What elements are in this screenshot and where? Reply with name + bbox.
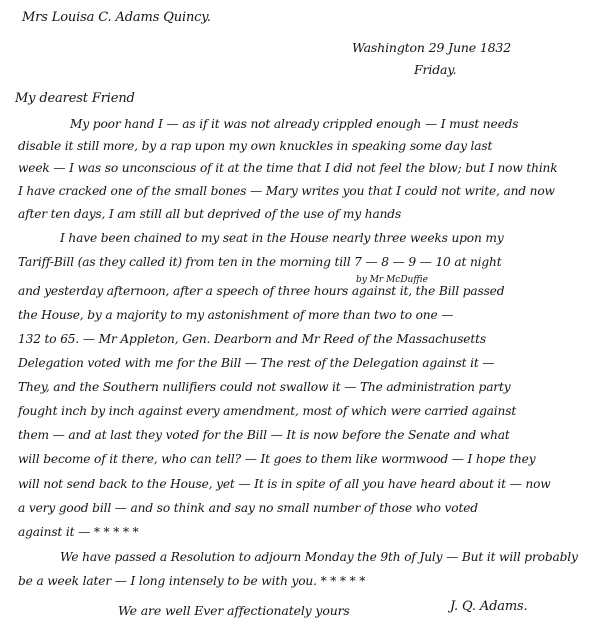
letter-line: a very good bill — and so think and say …	[18, 502, 478, 514]
letter-line: disable it still more, by a rap upon my …	[18, 140, 492, 152]
letter-line: We have passed a Resolution to adjourn M…	[60, 551, 578, 563]
letter-line: My poor hand I — as if it was not alread…	[70, 118, 518, 130]
letter-line: after ten days, I am still all but depri…	[18, 208, 401, 220]
letter-line: 132 to 65. — Mr Appleton, Gen. Dearborn …	[18, 333, 486, 345]
letter-line: them — and at last they voted for the Bi…	[18, 429, 510, 441]
closing: We are well Ever affectionately yours	[118, 605, 350, 618]
letter-line: week — I was so unconscious of it at the…	[18, 162, 558, 174]
letter-line: I have been chained to my seat in the Ho…	[60, 232, 504, 244]
letter-line: I have cracked one of the small bones — …	[18, 185, 555, 197]
weekday: Friday.	[414, 64, 456, 77]
letter-line: be a week later — I long intensely to be…	[18, 575, 365, 587]
letter-line: and yesterday afternoon, after a speech …	[18, 285, 504, 297]
letter-line: Delegation voted with me for the Bill — …	[18, 357, 494, 369]
letter-page: Mrs Louisa C. Adams Quincy. Washington 2…	[0, 0, 600, 635]
letter-line: will not send back to the House, yet — I…	[18, 478, 551, 490]
letter-line: the House, by a majority to my astonishm…	[18, 309, 453, 321]
addressee: Mrs Louisa C. Adams Quincy.	[22, 11, 211, 24]
signature: J. Q. Adams.	[450, 600, 528, 613]
letter-line: Tariff-Bill (as they called it) from ten…	[18, 256, 502, 268]
letter-line: against it — * * * * *	[18, 526, 139, 538]
place-date: Washington 29 June 1832	[352, 42, 511, 55]
letter-line: They, and the Southern nullifiers could …	[18, 381, 510, 393]
salutation: My dearest Friend	[15, 92, 135, 105]
letter-line: will become of it there, who can tell? —…	[18, 453, 535, 465]
letter-line: fought inch by inch against every amendm…	[18, 405, 516, 417]
